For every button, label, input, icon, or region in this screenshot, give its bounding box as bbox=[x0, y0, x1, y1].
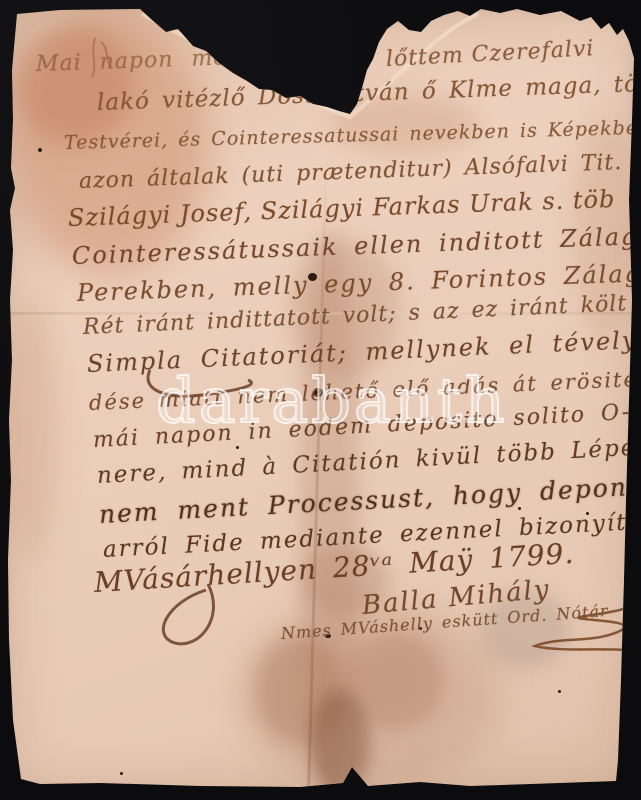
stain bbox=[0, 300, 60, 560]
manuscript-line: lőttem Czerefalvi bbox=[385, 36, 595, 72]
bottom-stain bbox=[255, 635, 345, 745]
ink-speck bbox=[38, 148, 42, 152]
ink-speck bbox=[236, 446, 239, 449]
bottom-stain bbox=[310, 690, 370, 795]
photo-background: Mai napon meg-jel lőttem Czerefalvi lakó… bbox=[0, 0, 641, 800]
bottom-stain bbox=[345, 630, 445, 730]
manuscript-line: Mai napon meg-jel bbox=[36, 43, 281, 77]
ink-speck bbox=[558, 690, 561, 693]
ink-speck bbox=[518, 507, 521, 510]
ink-speck bbox=[120, 772, 123, 775]
darabanth-watermark: darabanth bbox=[156, 364, 508, 437]
manuscript-paper: Mai napon meg-jel lőttem Czerefalvi lakó… bbox=[0, 0, 641, 800]
stain bbox=[15, 25, 135, 145]
manuscript-line: Testvérei, és Cointeressatussai nevekben… bbox=[64, 117, 639, 154]
manuscript-line: lakó vitézlő Dósa István ő Klme maga, tö… bbox=[97, 71, 641, 116]
